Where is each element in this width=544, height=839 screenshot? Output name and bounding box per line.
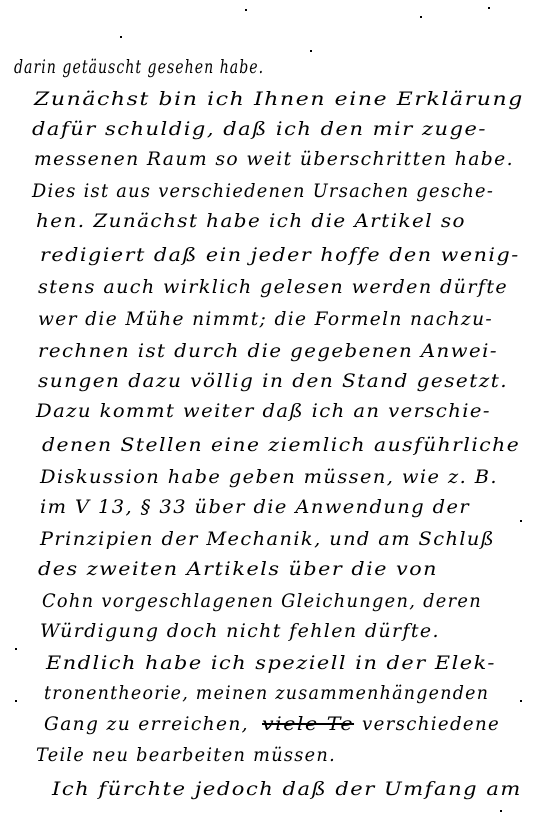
scan-speck — [520, 700, 522, 702]
handwritten-line: im V 13, § 33 über die Anwendung der — [40, 496, 470, 518]
handwritten-line: Zunächst bin ich Ihnen eine Erklärung — [34, 88, 524, 110]
handwritten-line: wer die Mühe nimmt; die Formeln nachzu- — [38, 308, 493, 330]
scan-speck — [500, 810, 502, 812]
handwritten-line: rechnen ist durch die gegebenen Anwei- — [38, 340, 498, 362]
handwritten-line: darin getäuscht gesehen habe. — [14, 56, 264, 78]
scan-speck — [15, 648, 17, 650]
scan-speck — [488, 7, 490, 9]
scan-speck — [520, 520, 522, 522]
handwritten-line: verschiedene — [362, 713, 500, 735]
handwritten-line: Cohn vorgeschlagenen Gleichungen, deren — [42, 590, 482, 612]
scan-speck — [245, 9, 247, 11]
struck-text: viele Te — [262, 713, 354, 735]
handwritten-line: Würdigung doch nicht fehlen dürfte. — [40, 620, 440, 642]
handwritten-line: stens auch wirklich gelesen werden dürft… — [38, 276, 508, 298]
handwritten-line: denen Stellen eine ziemlich ausführliche — [42, 434, 520, 456]
handwritten-line: sungen dazu völlig in den Stand gesetzt. — [38, 370, 508, 392]
handwritten-line: Prinzipien der Mechanik, und am Schluß — [40, 528, 495, 550]
handwritten-line: Dazu kommt weiter daß ich an verschie- — [36, 400, 491, 422]
scan-speck — [310, 50, 312, 52]
handwritten-line: Teile neu bearbeiten müssen. — [36, 744, 336, 766]
handwritten-line: des zweiten Artikels über die von — [38, 558, 438, 580]
handwritten-line: Endlich habe ich speziell in der Elek- — [46, 652, 496, 674]
handwritten-line: Ich fürchte jedoch daß der Umfang am — [52, 778, 522, 800]
scan-speck — [420, 16, 422, 18]
handwritten-line: dafür schuldig, daß ich den mir zuge- — [32, 118, 487, 140]
scan-speck — [15, 700, 17, 702]
handwritten-line: hen. Zunächst habe ich die Artikel so — [36, 210, 466, 232]
manuscript-page: darin getäuscht gesehen habe.Zunächst bi… — [0, 0, 544, 839]
handwritten-line: messenen Raum so weit überschritten habe… — [34, 148, 514, 170]
handwritten-line: tronentheorie, meinen zusammenhängenden — [44, 682, 489, 704]
handwritten-line: Diskussion habe geben müssen, wie z. B. — [40, 466, 498, 488]
handwritten-line: redigiert daß ein jeder hoffe den wenig- — [40, 244, 520, 266]
scan-speck — [120, 36, 122, 38]
handwritten-line: Gang zu erreichen, — [44, 713, 249, 735]
handwritten-line: Dies ist aus verschiedenen Ursachen gesc… — [32, 180, 494, 202]
